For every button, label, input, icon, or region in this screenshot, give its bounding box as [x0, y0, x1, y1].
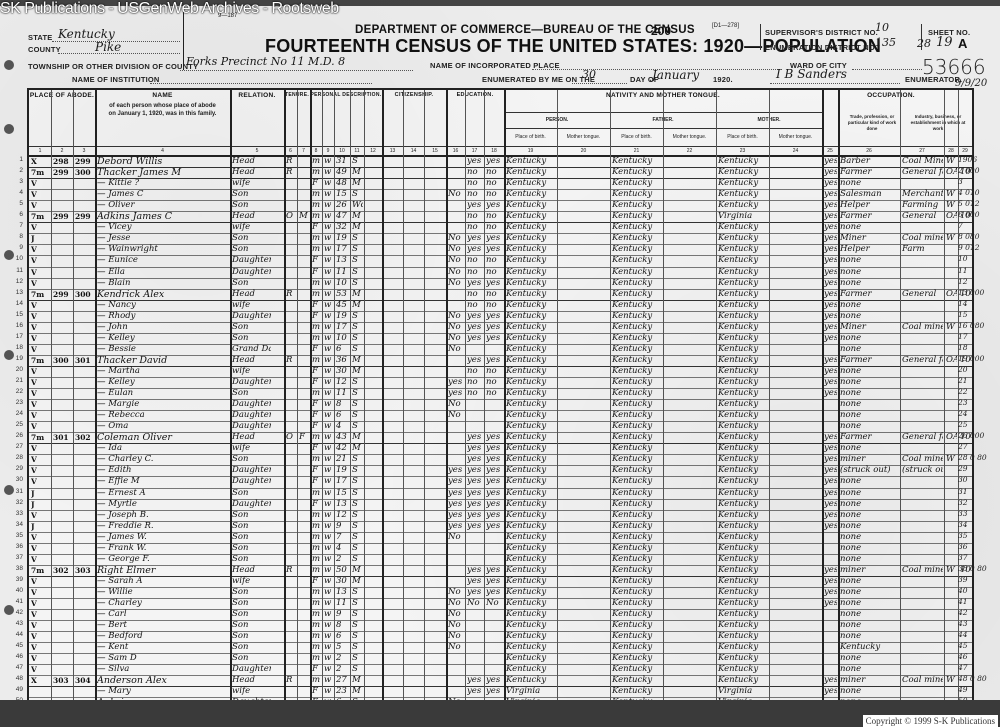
- sheet-stamp: 28: [917, 37, 931, 50]
- cell-street: J: [31, 488, 50, 499]
- cell-mortgage: [299, 377, 309, 388]
- cell-school: yes: [448, 488, 464, 499]
- cell-industry: [902, 620, 943, 631]
- cell-father-birth: Kentucky: [612, 642, 662, 653]
- cell-mother-birth: Kentucky: [718, 587, 768, 598]
- cell-employer: [946, 499, 957, 510]
- cell-family: [75, 300, 94, 311]
- cell-tenure: [286, 278, 296, 289]
- cell-marital: S: [352, 278, 363, 289]
- cell-english: yes: [824, 322, 837, 333]
- cell-write: yes: [486, 333, 503, 344]
- line-number: 28: [5, 454, 23, 461]
- cell-english: [824, 620, 837, 631]
- cell-relation: wife: [232, 443, 271, 454]
- cell-trade: none: [840, 178, 899, 189]
- cell-name: — Margie: [97, 399, 229, 410]
- cell-school: yes: [448, 465, 464, 476]
- cell-employer: [946, 443, 957, 454]
- cell-tenure: R: [286, 565, 296, 576]
- cell-sex: m: [312, 333, 321, 344]
- cell-street: J: [31, 499, 50, 510]
- cell-write: no: [486, 377, 503, 388]
- cell-tenure: [286, 333, 296, 344]
- cell-age: 17: [336, 322, 349, 333]
- cell-birth: Kentucky: [506, 178, 556, 189]
- grid-line: [310, 90, 312, 709]
- cell-dwelling: [53, 255, 72, 266]
- cell-name: — Jesse: [97, 233, 229, 244]
- cell-street: V: [31, 377, 50, 388]
- cell-family: [75, 267, 94, 278]
- cell-age: 36: [336, 355, 349, 366]
- cell-relation: Son: [232, 532, 271, 543]
- cell-dwelling: [53, 233, 72, 244]
- cell-marital: S: [352, 333, 363, 344]
- cell-tenure: [286, 653, 296, 664]
- cell-name: — Oma: [97, 421, 229, 432]
- cell-english: yes: [824, 598, 837, 609]
- cell-write: yes: [486, 675, 503, 686]
- cell-industry: [902, 521, 943, 532]
- cell-sex: m: [312, 631, 321, 642]
- cell-father-birth: Kentucky: [612, 631, 662, 642]
- cell-race: w: [324, 499, 333, 510]
- cell-relation: Son: [232, 521, 271, 532]
- cell-read: [467, 421, 483, 432]
- cell-trade: none: [840, 521, 899, 532]
- cell-tenure: [286, 388, 296, 399]
- cell-race: w: [324, 300, 333, 311]
- cell-tenure: [286, 399, 296, 410]
- cell-marital: S: [352, 554, 363, 565]
- cell-marital: S: [352, 311, 363, 322]
- cell-mortgage: [299, 686, 309, 697]
- cell-trade: Salesman: [840, 189, 899, 200]
- cell-school: [448, 565, 464, 576]
- right-margin-note: 5 012: [958, 199, 979, 208]
- cell-age: 11: [336, 388, 349, 399]
- cell-trade: none: [840, 609, 899, 620]
- cell-race: w: [324, 211, 333, 222]
- cell-sex: m: [312, 278, 321, 289]
- cell-read: yes: [467, 355, 483, 366]
- cell-read: no: [467, 211, 483, 222]
- cell-trade: none: [840, 377, 899, 388]
- cell-age: 13: [336, 255, 349, 266]
- cell-employer: [946, 344, 957, 355]
- cell-name: — Charley: [97, 598, 229, 609]
- cell-tenure: [286, 322, 296, 333]
- cell-employer: OA: [946, 432, 957, 443]
- cell-sex: m: [312, 156, 321, 167]
- cell-mother-birth: Kentucky: [718, 333, 768, 344]
- cell-trade: none: [840, 576, 899, 587]
- cell-street: V: [31, 344, 50, 355]
- cell-marital: S: [352, 587, 363, 598]
- cell-read: no: [467, 366, 483, 377]
- line-number: 20: [5, 366, 23, 373]
- cell-write: no: [486, 178, 503, 189]
- cell-name: — Frank W.: [97, 543, 229, 554]
- cell-mortgage: F: [299, 432, 309, 443]
- cell-mother-birth: Kentucky: [718, 488, 768, 499]
- cell-industry: [902, 377, 943, 388]
- cell-mortgage: [299, 167, 309, 178]
- cell-mortgage: [299, 631, 309, 642]
- cell-sex: F: [312, 410, 321, 421]
- cell-street: 7m: [31, 565, 50, 576]
- cell-mortgage: [299, 233, 309, 244]
- cell-mother-birth: Kentucky: [718, 554, 768, 565]
- cell-age: 5: [336, 642, 349, 653]
- cell-employer: [946, 267, 957, 278]
- cell-dwelling: [53, 344, 72, 355]
- cell-name: — John: [97, 322, 229, 333]
- cell-mortgage: [299, 200, 309, 211]
- cell-sex: F: [312, 465, 321, 476]
- cell-english: yes: [824, 377, 837, 388]
- cell-mother-birth: Kentucky: [718, 344, 768, 355]
- line-number: 42: [5, 609, 23, 616]
- cell-race: w: [324, 587, 333, 598]
- cell-write: yes: [486, 244, 503, 255]
- cell-mother-birth: Kentucky: [718, 664, 768, 675]
- cell-industry: [902, 653, 943, 664]
- right-margin-note: 4 010: [958, 188, 979, 197]
- cell-race: w: [324, 443, 333, 454]
- cell-family: 301: [75, 355, 94, 366]
- cell-mother-birth: Kentucky: [718, 410, 768, 421]
- cell-father-birth: Kentucky: [612, 200, 662, 211]
- cell-school: yes: [448, 476, 464, 487]
- cell-industry: [902, 642, 943, 653]
- cell-mother-birth: Kentucky: [718, 421, 768, 432]
- line-number: 2: [5, 167, 23, 174]
- cell-birth: Kentucky: [506, 488, 556, 499]
- state-label: STATE: [28, 33, 52, 42]
- grid-line: [424, 90, 425, 709]
- cell-employer: [946, 510, 957, 521]
- cell-employer: [946, 278, 957, 289]
- cell-race: w: [324, 267, 333, 278]
- line-number: 11: [5, 267, 23, 274]
- cell-trade: Helper: [840, 200, 899, 211]
- cell-birth: Kentucky: [506, 311, 556, 322]
- cell-race: w: [324, 311, 333, 322]
- cell-marital: M: [352, 366, 363, 377]
- cell-family: [75, 443, 94, 454]
- cell-relation: wife: [232, 300, 271, 311]
- cell-family: [75, 465, 94, 476]
- cell-write: yes: [486, 432, 503, 443]
- grid-line: [230, 90, 232, 709]
- cell-father-birth: Kentucky: [612, 167, 662, 178]
- cell-school: [448, 222, 464, 233]
- cell-race: w: [324, 200, 333, 211]
- cell-age: 45: [336, 300, 349, 311]
- cell-name: — Myrtle: [97, 499, 229, 510]
- cell-race: w: [324, 355, 333, 366]
- cell-dwelling: [53, 653, 72, 664]
- cell-trade: Farmer: [840, 167, 899, 178]
- cell-street: V: [31, 267, 50, 278]
- grid-line: [322, 90, 323, 709]
- column-number: 2: [51, 147, 74, 155]
- cell-race: w: [324, 322, 333, 333]
- cell-family: 302: [75, 432, 94, 443]
- grid-line: [716, 90, 717, 709]
- right-margin-note: 35: [958, 531, 968, 540]
- cell-write: no: [486, 300, 503, 311]
- cell-mother-birth: Kentucky: [718, 598, 768, 609]
- cell-race: w: [324, 675, 333, 686]
- cell-street: 7m: [31, 432, 50, 443]
- column-number: 16: [446, 147, 466, 155]
- cell-family: 299: [75, 211, 94, 222]
- cell-street: V: [31, 322, 50, 333]
- cell-employer: [946, 587, 957, 598]
- cell-family: [75, 388, 94, 399]
- cell-english: yes: [824, 432, 837, 443]
- line-number: 38: [5, 565, 23, 572]
- cell-street: V: [31, 178, 50, 189]
- cell-sex: F: [312, 421, 321, 432]
- cell-write: yes: [486, 200, 503, 211]
- cell-mortgage: [299, 521, 309, 532]
- cell-mother-birth: Kentucky: [718, 222, 768, 233]
- day-line: [572, 83, 627, 84]
- cell-school: No: [448, 609, 464, 620]
- right-margin-note: 8 080: [958, 232, 979, 241]
- cell-father-birth: Kentucky: [612, 476, 662, 487]
- cell-race: w: [324, 399, 333, 410]
- cell-name: — Ernest A: [97, 488, 229, 499]
- cell-name: — Wainwright: [97, 244, 229, 255]
- cell-family: [75, 278, 94, 289]
- cell-marital: S: [352, 642, 363, 653]
- cell-family: [75, 587, 94, 598]
- cell-employer: OA: [946, 167, 957, 178]
- cell-mortgage: [299, 543, 309, 554]
- cell-relation: Son: [232, 510, 271, 521]
- grid-line: [334, 90, 335, 709]
- census-table: PLACE OF ABODE. NAME of each person whos…: [27, 88, 974, 711]
- cell-industry: [902, 499, 943, 510]
- cell-birth: Kentucky: [506, 499, 556, 510]
- cell-employer: [946, 333, 957, 344]
- cell-english: yes: [824, 465, 837, 476]
- county-line: [58, 53, 180, 54]
- cell-age: 19: [336, 465, 349, 476]
- cell-family: [75, 244, 94, 255]
- cell-name: — Nancy: [97, 300, 229, 311]
- cell-english: yes: [824, 311, 837, 322]
- grid-line: [446, 90, 448, 709]
- cell-mortgage: [299, 653, 309, 664]
- cell-mortgage: [299, 267, 309, 278]
- cell-relation: Son: [232, 620, 271, 631]
- cell-english: yes: [824, 499, 837, 510]
- cell-father-birth: Kentucky: [612, 532, 662, 543]
- cell-relation: Head: [232, 355, 271, 366]
- cell-english: [824, 410, 837, 421]
- cell-relation: Head: [232, 167, 271, 178]
- cell-name: — Oliver: [97, 200, 229, 211]
- cell-birth: Kentucky: [506, 200, 556, 211]
- line-number: 22: [5, 388, 23, 395]
- township-label: TOWNSHIP OR OTHER DIVISION OF COUNTY: [28, 62, 198, 71]
- bottom-band: [0, 700, 1000, 727]
- cell-employer: OA: [946, 211, 957, 222]
- cell-school: [448, 454, 464, 465]
- cell-mother-birth: Kentucky: [718, 454, 768, 465]
- cell-mother-birth: Kentucky: [718, 311, 768, 322]
- cell-mortgage: [299, 476, 309, 487]
- cell-tenure: [286, 521, 296, 532]
- cell-employer: W: [946, 565, 957, 576]
- cell-relation: Son: [232, 653, 271, 664]
- cell-street: 7m: [31, 167, 50, 178]
- cell-father-birth: Kentucky: [612, 300, 662, 311]
- cell-mother-birth: Kentucky: [718, 499, 768, 510]
- cell-family: [75, 366, 94, 377]
- cell-age: 7: [336, 532, 349, 543]
- cell-mortgage: [299, 355, 309, 366]
- cell-name: — Bessie: [97, 344, 229, 355]
- cell-school: No: [448, 399, 464, 410]
- cell-read: yes: [467, 200, 483, 211]
- enumeration-day: 30: [582, 68, 596, 81]
- cell-mother-birth: Kentucky: [718, 255, 768, 266]
- cell-employer: [946, 476, 957, 487]
- cell-read: yes: [467, 156, 483, 167]
- right-margin-note: 30: [958, 475, 968, 484]
- cell-birth: Kentucky: [506, 366, 556, 377]
- cell-birth: Kentucky: [506, 333, 556, 344]
- cell-relation: Head: [232, 211, 271, 222]
- cell-birth: Kentucky: [506, 355, 556, 366]
- cell-race: w: [324, 565, 333, 576]
- cell-family: [75, 642, 94, 653]
- cell-street: V: [31, 532, 50, 543]
- cell-employer: [946, 178, 957, 189]
- cell-father-birth: Kentucky: [612, 653, 662, 664]
- cell-name: — Ida: [97, 443, 229, 454]
- cell-tenure: R: [286, 156, 296, 167]
- header-citizenship: CITIZENSHIP.: [382, 90, 447, 146]
- cell-mother-birth: Kentucky: [718, 300, 768, 311]
- cell-school: [448, 289, 464, 300]
- cell-father-birth: Kentucky: [612, 421, 662, 432]
- cell-mortgage: [299, 344, 309, 355]
- cell-marital: M: [352, 432, 363, 443]
- cell-write: yes: [486, 443, 503, 454]
- cell-age: 6: [336, 344, 349, 355]
- cell-marital: S: [352, 664, 363, 675]
- cell-father-birth: Kentucky: [612, 587, 662, 598]
- column-number: 14: [403, 147, 425, 155]
- cell-sex: m: [312, 488, 321, 499]
- cell-race: w: [324, 521, 333, 532]
- sheet-number: 19: [936, 35, 953, 50]
- cell-school: [448, 443, 464, 454]
- right-margin-note: 1906: [958, 155, 977, 164]
- cell-mother-birth: Virginia: [718, 686, 768, 697]
- year-label: 1920.: [713, 75, 733, 84]
- cell-write: yes: [486, 156, 503, 167]
- cell-dwelling: 299: [53, 289, 72, 300]
- cell-mother-birth: Kentucky: [718, 355, 768, 366]
- cell-read: [467, 642, 483, 653]
- cell-street: 7m: [31, 211, 50, 222]
- column-number: 10: [334, 147, 351, 155]
- cell-school: yes: [448, 510, 464, 521]
- cell-school: [448, 675, 464, 686]
- cell-school: [448, 543, 464, 554]
- cell-english: [824, 642, 837, 653]
- cell-family: 300: [75, 167, 94, 178]
- cell-birth: Kentucky: [506, 543, 556, 554]
- state-value: Kentucky: [58, 27, 115, 41]
- cell-street: V: [31, 642, 50, 653]
- cell-father-birth: Kentucky: [612, 222, 662, 233]
- cell-industry: General: [902, 289, 943, 300]
- cell-father-birth: Kentucky: [612, 366, 662, 377]
- grid-line: [822, 90, 824, 709]
- cell-dwelling: [53, 686, 72, 697]
- line-number: 25: [5, 421, 23, 428]
- cell-industry: [902, 410, 943, 421]
- cell-mortgage: [299, 675, 309, 686]
- cell-name: Kendrick Alex: [97, 289, 229, 300]
- cell-family: [75, 200, 94, 211]
- cell-english: yes: [824, 355, 837, 366]
- cell-race: w: [324, 642, 333, 653]
- cell-trade: Kentucky: [840, 642, 899, 653]
- cell-industry: [902, 255, 943, 266]
- right-margin-note: 38 0 80: [958, 564, 987, 573]
- township-line: [180, 70, 413, 71]
- cell-industry: [902, 576, 943, 587]
- cell-tenure: [286, 554, 296, 565]
- cell-family: [75, 499, 94, 510]
- cell-street: J: [31, 233, 50, 244]
- county-value: Pike: [95, 40, 121, 54]
- cell-race: w: [324, 366, 333, 377]
- cell-family: [75, 543, 94, 554]
- cell-birth: Kentucky: [506, 565, 556, 576]
- header-speak-english: [822, 90, 839, 146]
- cell-birth: Kentucky: [506, 410, 556, 421]
- cell-sex: m: [312, 532, 321, 543]
- cell-trade: none: [840, 222, 899, 233]
- cell-mortgage: [299, 333, 309, 344]
- cell-family: [75, 576, 94, 587]
- cell-read: no: [467, 377, 483, 388]
- line-number: 35: [5, 532, 23, 539]
- right-margin-note: 6 000: [958, 210, 979, 219]
- cell-employer: W: [946, 233, 957, 244]
- cell-read: yes: [467, 432, 483, 443]
- cell-mother-birth: Kentucky: [718, 167, 768, 178]
- cell-race: w: [324, 454, 333, 465]
- right-margin-note: 9 012: [958, 243, 979, 252]
- cell-trade: none: [840, 554, 899, 565]
- cell-marital: M: [352, 178, 363, 189]
- cell-trade: Miner: [840, 233, 899, 244]
- cell-race: w: [324, 278, 333, 289]
